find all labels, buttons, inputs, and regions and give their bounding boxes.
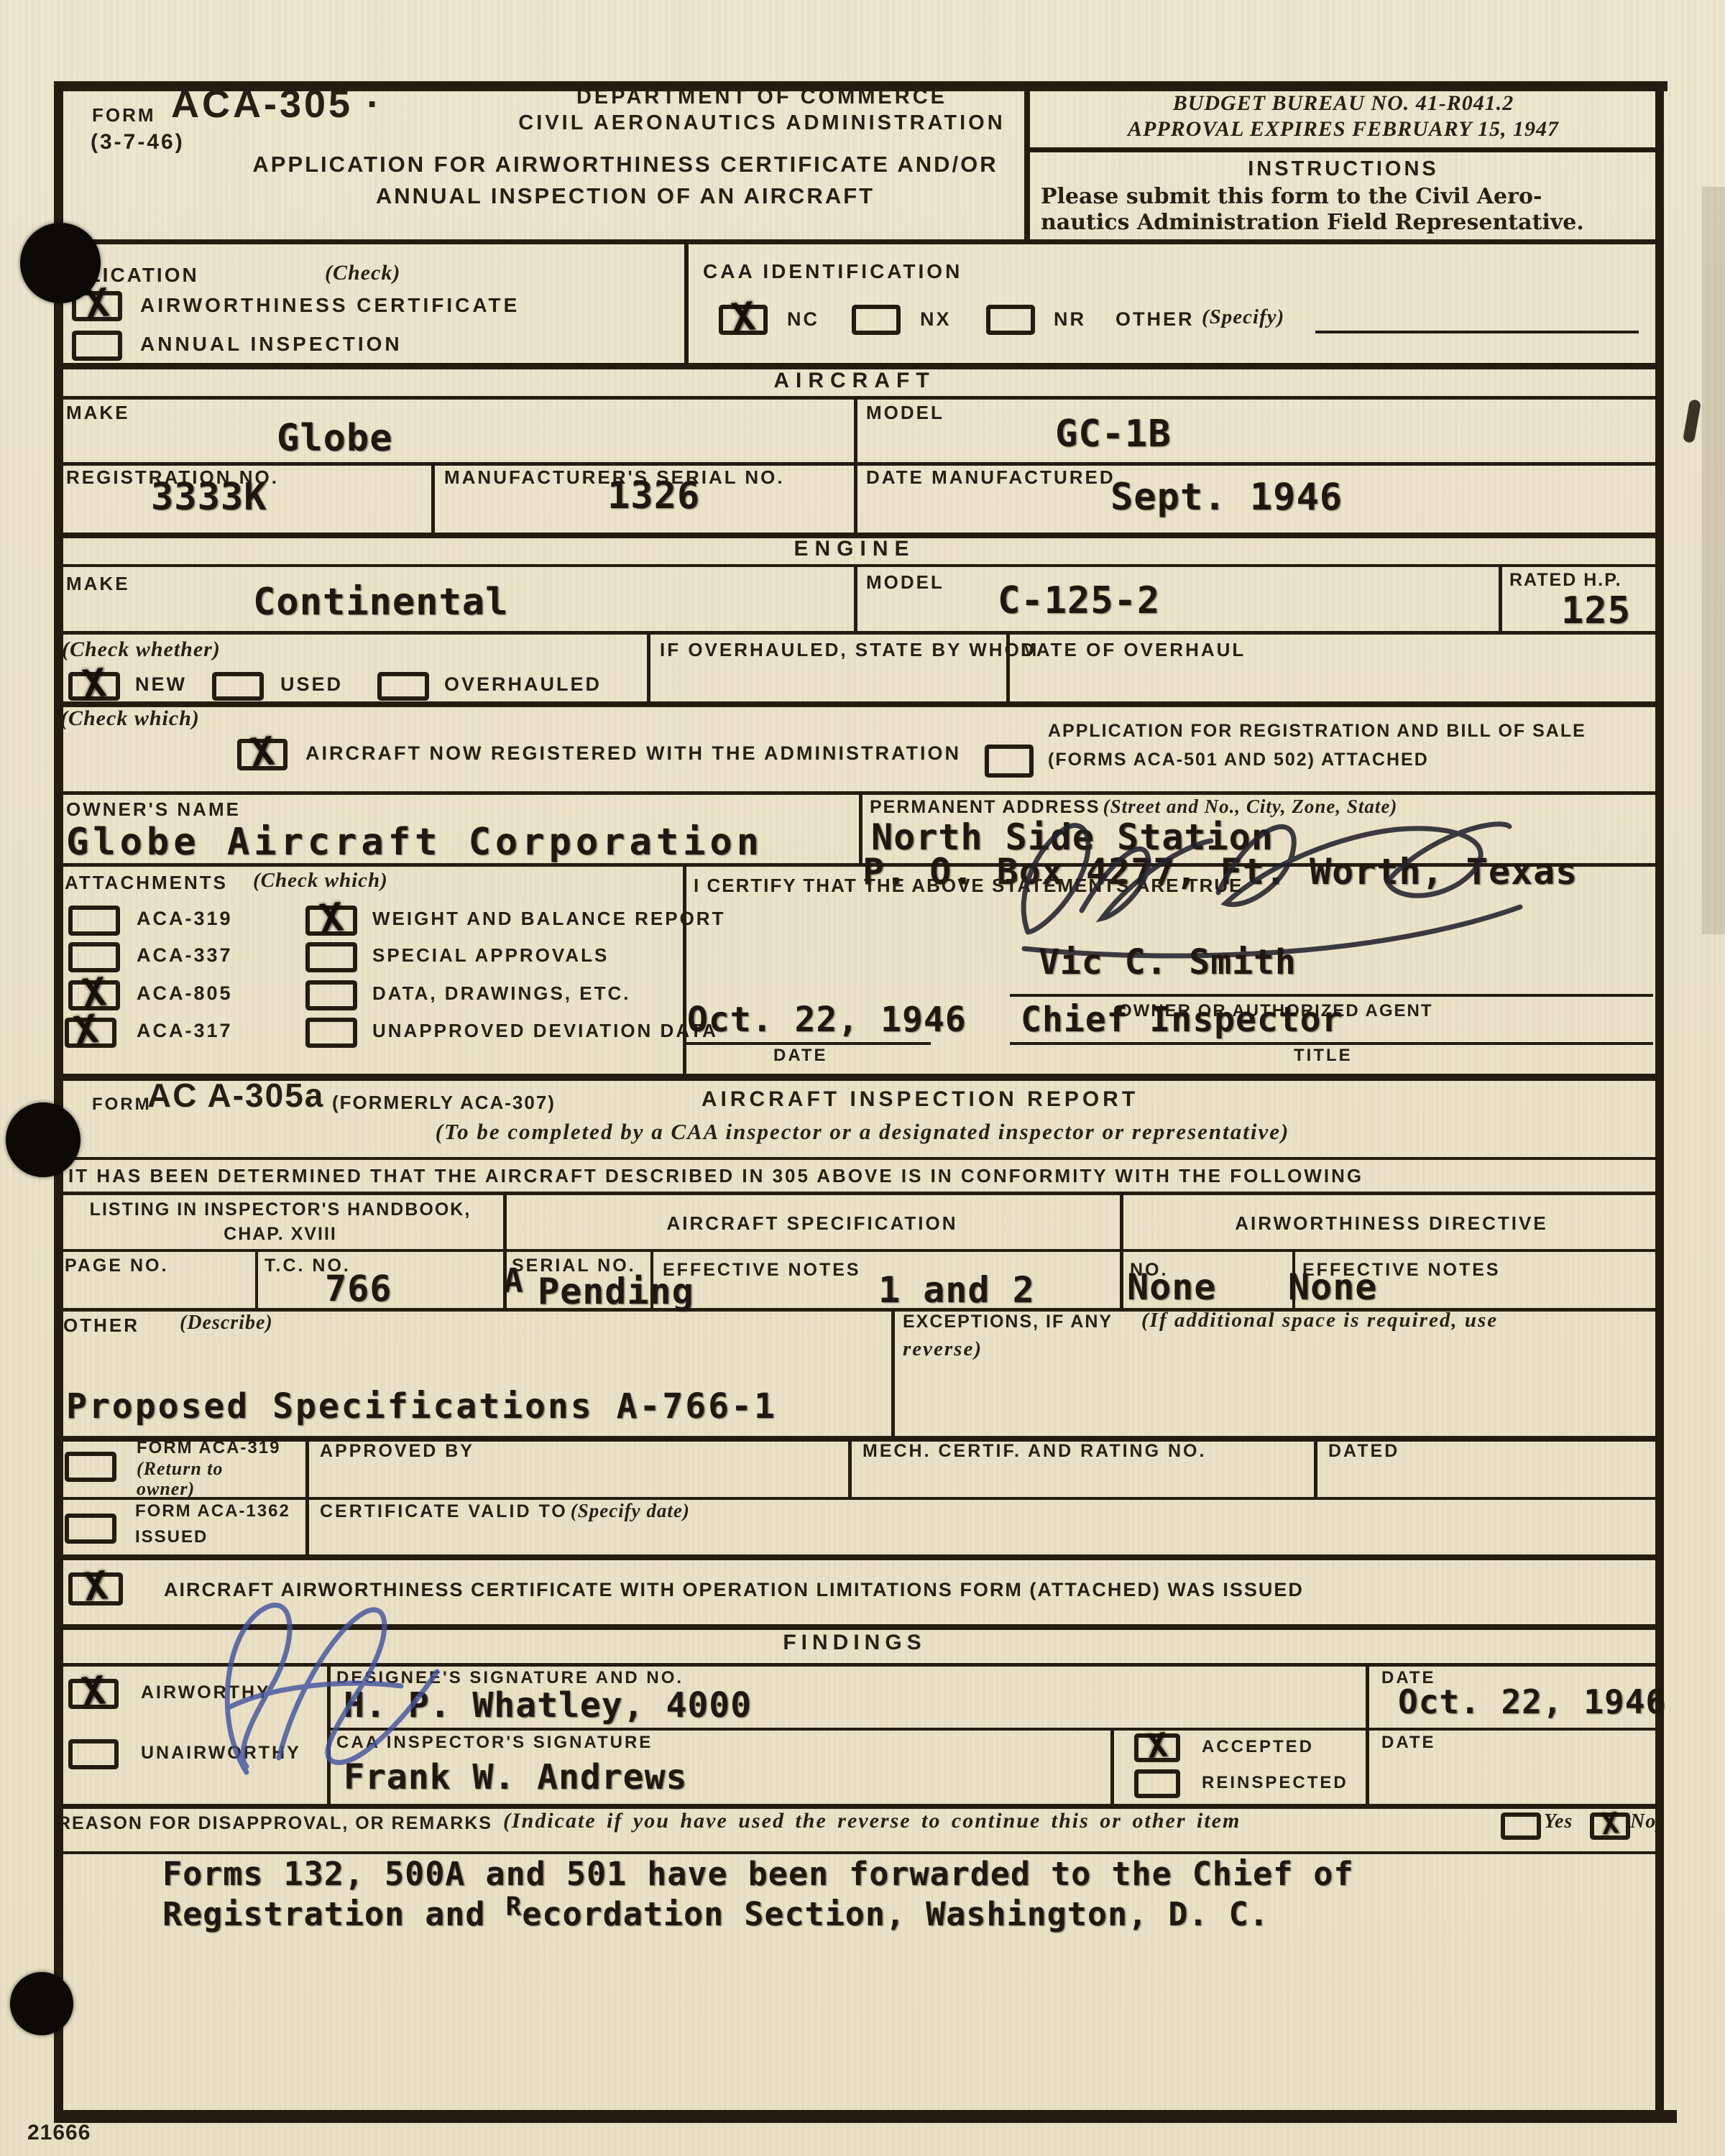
data-drawings-label: DATA, DRAWINGS, ETC. — [372, 983, 630, 1003]
line — [54, 1851, 1664, 1854]
line — [848, 1436, 852, 1498]
spec-header: AIRCRAFT SPECIFICATION — [546, 1213, 1078, 1233]
certification-title-value: Chief Inspector — [1021, 1002, 1343, 1039]
owner-name-value: Globe Aircraft Corporation — [66, 822, 763, 862]
special-approvals-label: SPECIAL APPROVALS — [372, 945, 609, 965]
unapproved-deviation-label: UNAPPROVED DEVIATION DATA — [372, 1021, 718, 1041]
form-title-line1: APPLICATION FOR AIRWORTHINESS CERTIFICAT… — [158, 152, 1092, 176]
line — [54, 1497, 1664, 1500]
line — [684, 239, 689, 366]
airworthy-checkbox: X — [68, 1679, 119, 1709]
engine-section-title: ENGINE — [54, 538, 1655, 561]
aca-805-label: ACA-805 — [137, 983, 233, 1004]
if-overhauled-label: IF OVERHAULED, STATE BY WHOM — [660, 640, 1039, 660]
agency-line1: DEPARTMENT OF COMMERCE — [503, 86, 1021, 109]
accepted-label: ACCEPTED — [1202, 1738, 1314, 1756]
other-describe-value: Proposed Specifications A-766-1 — [66, 1388, 777, 1426]
exceptions-note1: (If additional space is required, use — [1141, 1309, 1498, 1332]
form-aca-319-line2: (Return to — [137, 1459, 224, 1479]
designee-signature-ink — [185, 1578, 473, 1794]
date-of-overhaul-label: DATE OF OVERHAUL — [1021, 640, 1246, 660]
findings-date-value: Oct. 22, 1946 — [1398, 1685, 1666, 1720]
reverse-no-checkbox: X — [1590, 1812, 1630, 1840]
certificate-issued-checkbox: X — [68, 1572, 123, 1606]
reinspected-checkbox — [1134, 1769, 1180, 1798]
agency-line2: CIVIL AERONAUTICS ADMINISTRATION — [503, 112, 1021, 134]
nx-checkbox — [852, 305, 901, 335]
rated-hp-label: RATED H.P. — [1509, 571, 1622, 590]
page-edge-shadow — [1702, 187, 1725, 934]
aircraft-make-value: Globe — [277, 418, 393, 459]
directive-header: AIRWORTHINESS DIRECTIVE — [1150, 1213, 1633, 1233]
aca-337-checkbox — [68, 942, 120, 972]
used-label: USED — [280, 674, 343, 695]
nx-label: NX — [920, 309, 952, 330]
engine-make-label: MAKE — [66, 573, 130, 594]
aircraft-section-title: AIRCRAFT — [54, 369, 1655, 392]
reverse-no-label: No) — [1630, 1811, 1664, 1833]
other-describe-note: (Describe) — [180, 1312, 273, 1334]
line — [1024, 147, 1664, 152]
engine-model-label: MODEL — [866, 572, 944, 592]
form-number: ACA-305 · — [171, 83, 382, 125]
effective-notes-label: EFFECTIVE NOTES — [663, 1261, 861, 1280]
line — [891, 1308, 895, 1437]
dated-label: DATED — [1328, 1442, 1399, 1461]
exceptions-label: EXCEPTIONS, IF ANY — [903, 1312, 1113, 1332]
data-drawings-checkbox — [305, 980, 357, 1010]
line — [1499, 564, 1502, 632]
bill-of-sale-line2: (FORMS ACA-501 AND 502) ATTACHED — [1048, 750, 1429, 770]
airworthiness-certificate-label: AIRWORTHINESS CERTIFICATE — [140, 295, 520, 316]
form-aca-319-checkbox — [65, 1452, 116, 1482]
form-aca-319-line1: FORM ACA-319 — [137, 1439, 280, 1457]
weight-balance-checkbox: X — [305, 906, 357, 936]
check-whether-label: (Check whether) — [62, 638, 221, 661]
overhauled-label: OVERHAULED — [444, 674, 602, 695]
engine-make-value: Continental — [253, 582, 508, 622]
line — [54, 1157, 1664, 1160]
registered-checkbox: X — [237, 739, 287, 770]
certification-date-value: Oct. 22, 1946 — [687, 1002, 967, 1039]
aircraft-make-label: MAKE — [66, 402, 130, 423]
line — [54, 396, 1664, 400]
signature-line — [1010, 994, 1653, 997]
new-label: NEW — [135, 674, 187, 695]
instructions-line2: nautics Administration Field Representat… — [1041, 211, 1584, 234]
application-label-note: (Check) — [325, 262, 400, 285]
nr-checkbox — [986, 305, 1035, 335]
report-form-label: FORM — [92, 1095, 152, 1114]
remarks-line2: Registration and Recordation Section, Wa… — [162, 1897, 1269, 1932]
serial-no-value: 1326 — [607, 476, 700, 516]
hole-punch-bottom — [10, 1972, 73, 2035]
used-checkbox — [212, 672, 264, 701]
certificate-valid-to-label: CERTIFICATE VALID TO (Specify date) — [320, 1501, 690, 1521]
other-note: (Specify) — [1202, 306, 1284, 328]
line — [854, 396, 857, 535]
aca-317-label: ACA-317 — [137, 1021, 233, 1041]
line — [54, 2110, 1677, 2123]
report-title: AIRCRAFT INSPECTION REPORT — [676, 1088, 1164, 1111]
findings-date2-label: DATE — [1381, 1733, 1436, 1752]
page-no-label: PAGE NO. — [65, 1256, 168, 1276]
unairworthy-checkbox — [68, 1739, 119, 1769]
title-line — [1010, 1042, 1653, 1045]
form-title-line2: ANNUAL INSPECTION OF AN AIRCRAFT — [158, 184, 1092, 208]
mech-certif-label: MECH. CERTIF. AND RATING NO. — [862, 1442, 1206, 1461]
accepted-checkbox: X — [1134, 1733, 1180, 1762]
aca-317-checkbox: X — [65, 1018, 116, 1048]
reverse-yes-label: Yes — [1544, 1811, 1573, 1833]
approved-by-label: APPROVED BY — [320, 1442, 474, 1461]
instructions-title: INSTRUCTIONS — [1028, 158, 1659, 180]
hole-punch-top — [20, 223, 101, 303]
other-describe-label: OTHER — [63, 1315, 139, 1335]
form-label: FORM — [92, 105, 156, 125]
budget-bureau-line1: BUDGET BUREAU NO. 41-R041.2 — [1028, 92, 1659, 115]
determined-statement: IT HAS BEEN DETERMINED THAT THE AIRCRAFT… — [68, 1166, 1363, 1186]
other-label: OTHER — [1115, 309, 1195, 330]
aircraft-model-value: GC-1B — [1055, 414, 1172, 454]
line — [1110, 1728, 1114, 1805]
annual-inspection-label: ANNUAL INSPECTION — [140, 333, 402, 355]
form-aca-1362-line2: ISSUED — [135, 1528, 208, 1547]
exceptions-note2: reverse) — [903, 1338, 983, 1360]
registration-no-value: 3333K — [151, 477, 267, 517]
line — [54, 631, 1664, 635]
line — [54, 1249, 1664, 1252]
line — [854, 564, 857, 632]
budget-bureau-line2: APPROVAL EXPIRES FEBRUARY 15, 1947 — [1028, 118, 1659, 141]
line — [54, 1804, 1664, 1809]
certification-date-label: DATE — [773, 1046, 828, 1065]
engine-model-value: C-125-2 — [998, 581, 1160, 621]
date-line — [686, 1042, 931, 1045]
line — [54, 462, 1664, 466]
signature-typed-name: Vic C. Smith — [1039, 944, 1297, 982]
report-formerly: (FORMERLY ACA-307) — [332, 1092, 556, 1112]
line — [1314, 1436, 1317, 1498]
effective-notes-value: 1 and 2 — [878, 1271, 1035, 1309]
new-checkbox: X — [68, 672, 120, 701]
line — [54, 701, 1664, 707]
registered-label: AIRCRAFT NOW REGISTERED WITH THE ADMINIS… — [305, 743, 961, 764]
line — [1366, 1663, 1369, 1805]
stamp-number: 21666 — [27, 2122, 91, 2145]
line — [54, 1192, 1664, 1195]
aca-337-label: ACA-337 — [137, 945, 233, 966]
directive-no-value: None — [1127, 1268, 1216, 1307]
special-approvals-checkbox — [305, 942, 357, 972]
caa-identification-label: CAA IDENTIFICATION — [703, 261, 962, 282]
report-form-number: AC A-305a — [147, 1078, 324, 1114]
form-revision: (3-7-46) — [91, 131, 185, 154]
date-manufactured-label: DATE MANUFACTURED — [866, 467, 1115, 487]
ink-smudge — [1683, 399, 1701, 443]
form-aca-319-line3: owner) — [137, 1479, 195, 1499]
rated-hp-value: 125 — [1561, 591, 1631, 631]
attachments-label: ATTACHMENTS — [65, 872, 228, 893]
form-aca-1362-checkbox — [65, 1514, 116, 1544]
bill-of-sale-checkbox — [985, 745, 1034, 778]
unapproved-deviation-checkbox — [305, 1018, 357, 1048]
other-specify-blank-line — [1315, 331, 1639, 333]
overhauled-checkbox — [377, 672, 429, 701]
annual-inspection-checkbox — [72, 331, 122, 361]
line — [255, 1249, 258, 1309]
reason-label: REASON FOR DISAPPROVAL, OR REMARKS — [57, 1814, 492, 1833]
certification-title-label: TITLE — [1294, 1046, 1353, 1065]
bill-of-sale-line1: APPLICATION FOR REGISTRATION AND BILL OF… — [1048, 722, 1586, 741]
line — [1120, 1192, 1123, 1309]
reverse-yes-checkbox — [1501, 1812, 1541, 1840]
check-which-label: (Check which) — [60, 707, 200, 730]
date-manufactured-value: Sept. 1946 — [1110, 477, 1343, 517]
nr-label: NR — [1054, 309, 1086, 330]
listing-header-line1: LISTING IN INSPECTOR'S HANDBOOK, — [68, 1200, 492, 1220]
line — [54, 1554, 1664, 1560]
line — [647, 631, 650, 703]
instructions-line1: Please submit this form to the Civil Aer… — [1041, 185, 1542, 208]
aca-319-checkbox — [68, 906, 120, 936]
form-aca-1362-line1: FORM ACA-1362 — [135, 1502, 290, 1521]
owner-name-label: OWNER'S NAME — [66, 799, 241, 819]
weight-balance-label: WEIGHT AND BALANCE REPORT — [372, 908, 725, 929]
nc-label: NC — [787, 309, 819, 330]
tc-no-value: 766 — [325, 1269, 392, 1308]
line — [431, 462, 435, 534]
remarks-line1: Forms 132, 500A and 501 have been forwar… — [162, 1857, 1353, 1892]
reason-note: (Indicate if you have used the reverse t… — [503, 1810, 1241, 1833]
hole-punch-middle — [6, 1102, 80, 1177]
attachments-label-note: (Check which) — [253, 870, 388, 892]
line — [54, 239, 1664, 244]
report-subtitle: (To be completed by a CAA inspector or a… — [216, 1120, 1509, 1143]
line — [327, 1728, 1664, 1731]
nc-checkbox: X — [719, 305, 768, 335]
serial-prefix-value: A — [503, 1263, 524, 1299]
listing-header-line2: CHAP. XVIII — [68, 1225, 492, 1244]
scanned-form-aca-305: FORM ACA-305 · (3-7-46) DEPARTMENT OF CO… — [0, 0, 1725, 2156]
reinspected-label: REINSPECTED — [1202, 1774, 1348, 1792]
aca-319-label: ACA-319 — [137, 908, 233, 929]
line — [54, 564, 1664, 567]
line — [54, 1436, 1664, 1442]
line — [305, 1436, 309, 1556]
aircraft-model-label: MODEL — [866, 402, 944, 423]
directive-notes-value: None — [1288, 1268, 1377, 1307]
